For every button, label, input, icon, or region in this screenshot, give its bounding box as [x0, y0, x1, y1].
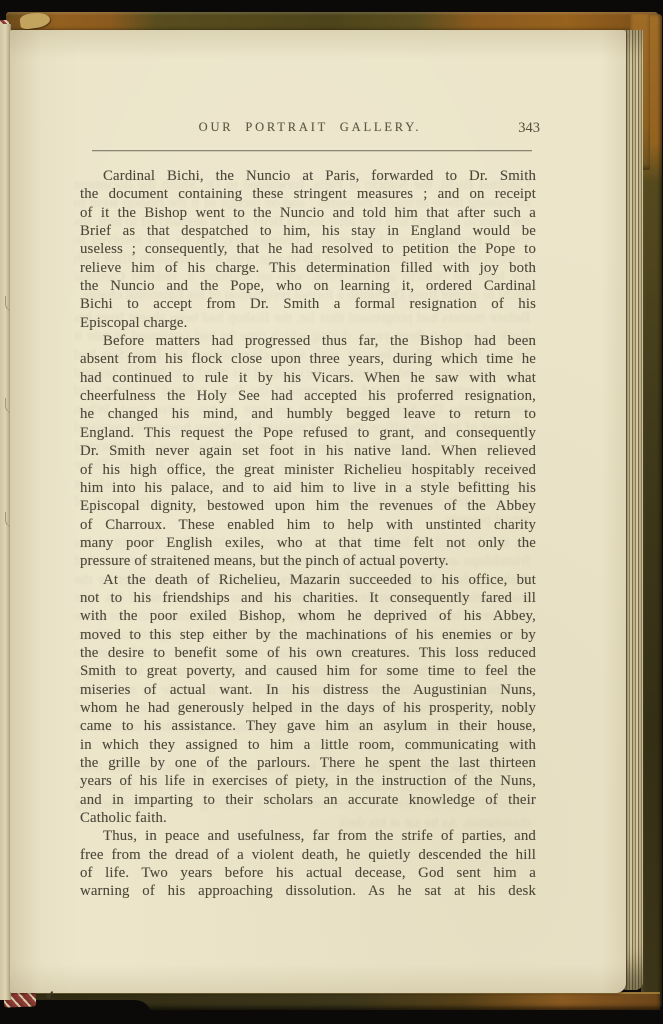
body-paragraph: Thus, in peace and usefulness, far from …	[80, 827, 536, 900]
text-line: him into his palace, and to aid him to l…	[80, 479, 536, 497]
text-line: Bichi to accept from Dr. Smith a formal …	[80, 295, 536, 313]
text-line: the document containing these stringent …	[80, 185, 536, 203]
text-line: Episcopal dignity, bestowed upon him the…	[80, 497, 536, 515]
header-rule	[92, 150, 532, 151]
text-line: the desire to benefit some of his own cr…	[80, 644, 536, 662]
text-line: Dr. Smith never again set foot in his na…	[80, 442, 536, 460]
text-line: many poor English exiles, who at that ti…	[80, 534, 536, 552]
body-paragraph: Cardinal Bichi, the Nuncio at Paris, for…	[80, 167, 536, 332]
text-line: of it the Bishop went to the Nuncio and …	[80, 204, 536, 222]
book-scan: Cardinal Bichi, the Nuncio at Paris, for…	[0, 0, 663, 1024]
body-paragraph: At the death of Richelieu, Mazarin succe…	[80, 571, 536, 828]
fore-edge-page-stack	[624, 30, 643, 990]
text-line: Brief as that despatched to him, his sta…	[80, 222, 536, 240]
text-line: Thus, in peace and usefulness, far from …	[80, 827, 536, 845]
book-page: Cardinal Bichi, the Nuncio at Paris, for…	[10, 30, 626, 993]
text-line: the grille by one of the parlours. There…	[80, 754, 536, 772]
text-line: cheerfulness the Holy See had accepted h…	[80, 387, 536, 405]
text-line: moved to this step either by the machina…	[80, 626, 536, 644]
page-number: 343	[518, 120, 540, 137]
running-title: OUR PORTRAIT GALLERY.	[80, 120, 540, 135]
text-line: of life. Two years before his actual dec…	[80, 864, 536, 882]
text-line: At the death of Richelieu, Mazarin succe…	[80, 571, 536, 589]
text-line: not to his friendships and his charities…	[80, 589, 536, 607]
text-line: came to his assistance. They gave him an…	[80, 717, 536, 735]
text-line: England. This request the Pope refused t…	[80, 424, 536, 442]
text-line: of his high office, the great minister R…	[80, 461, 536, 479]
text-line: pressure of straitened means, but the pi…	[80, 552, 536, 570]
text-line: the Nuncio and the Pope, who on learning…	[80, 277, 536, 295]
body-paragraph: Before matters had progressed thus far, …	[80, 332, 536, 570]
text-line: had continued to rule it by his Vicars. …	[80, 369, 536, 387]
text-line: Catholic faith.	[80, 809, 536, 827]
text-line: absent from his flock close upon three y…	[80, 350, 536, 368]
text-line: miseries of actual want. In his distress…	[80, 681, 536, 699]
text-line: warning of his approaching dissolution. …	[80, 882, 536, 900]
text-line: with the poor exiled Bishop, whom he dep…	[80, 607, 536, 625]
body-text: Cardinal Bichi, the Nuncio at Paris, for…	[80, 167, 536, 901]
text-line: whom he had generously helped in the day…	[80, 699, 536, 717]
text-line: Cardinal Bichi, the Nuncio at Paris, for…	[80, 167, 536, 185]
text-line: free from the dread of a violent death, …	[80, 846, 536, 864]
text-line: he changed his mind, and humbly begged l…	[80, 405, 536, 423]
text-line: Smith to great poverty, and caused him f…	[80, 662, 536, 680]
text-line: relieve him of his charge. This determin…	[80, 259, 536, 277]
text-line: years of his life in exercises of piety,…	[80, 772, 536, 790]
running-header: OUR PORTRAIT GALLERY. 343	[80, 120, 540, 140]
text-line: Episcopal charge.	[80, 314, 536, 332]
text-line: in which they assigned to him a little r…	[80, 736, 536, 754]
text-line: and in imparting to their scholars an ac…	[80, 791, 536, 809]
text-line: useless ; consequently, that he had reso…	[80, 240, 536, 258]
text-line: of Charroux. These enabled him to help w…	[80, 516, 536, 534]
text-line: Before matters had progressed thus far, …	[80, 332, 536, 350]
